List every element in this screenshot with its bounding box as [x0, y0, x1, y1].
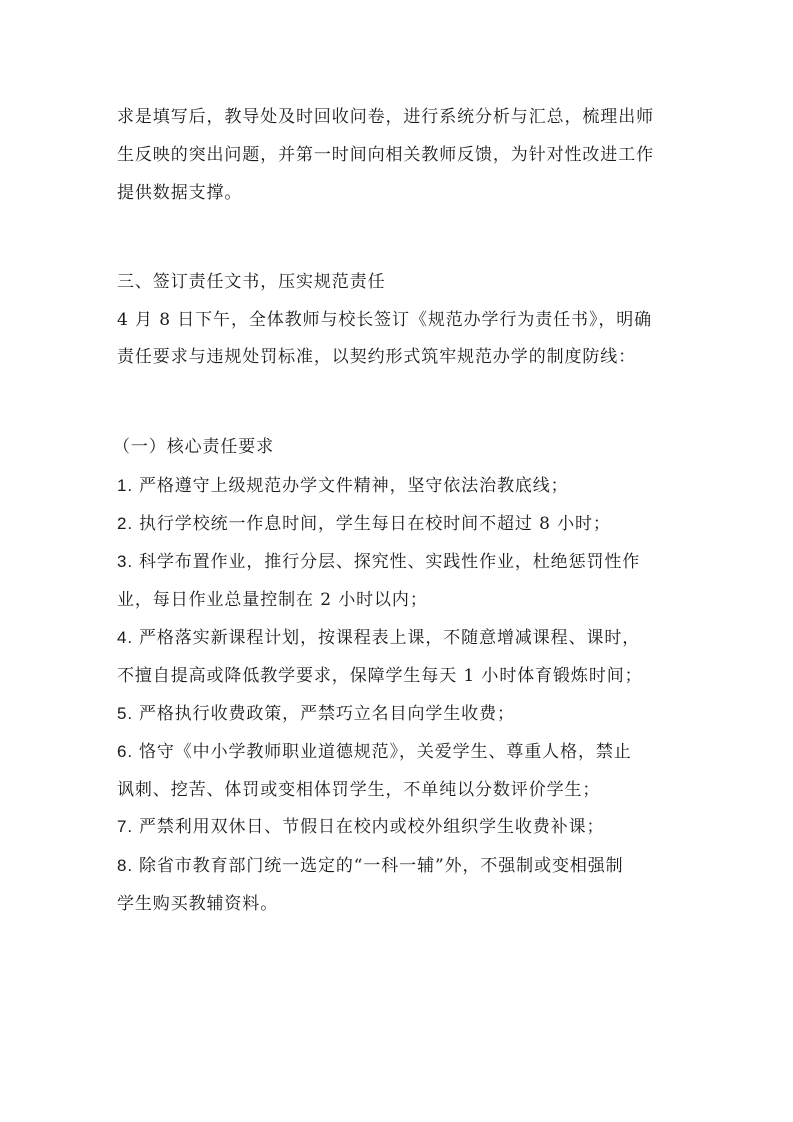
list-item-8: 8.除省市教育部门统一选定的“一科一辅”外，不强制或变相强制 [117, 855, 677, 877]
list-item-number: 8. [117, 856, 133, 875]
section-paragraph-line-1: 4 月 8 日下午，全体教师与校长签订《规范办学行为责任书》，明确 [117, 309, 677, 331]
intro-line-1: 求是填写后，教导处及时回收问卷，进行系统分析与汇总，梳理出师 [117, 106, 677, 128]
list-item-number: 3. [117, 552, 133, 571]
list-item-4: 4.严格落实新课程计划，按课程表上课，不随意增减课程、课时， [117, 627, 677, 649]
list-item-text: 严格落实新课程计划，按课程表上课，不随意增减课程、课时， [139, 628, 640, 648]
list-item-6-continuation: 讽刺、挖苦、体罚或变相体罚学生，不单纯以分数评价学生； [117, 779, 677, 801]
list-item-8-continuation: 学生购买教辅资料。 [117, 893, 677, 915]
list-item-text: 严格执行收费政策，严禁巧立名目向学生收费； [139, 704, 515, 724]
list-item-3-continuation: 业，每日作业总量控制在 2 小时以内； [117, 589, 677, 611]
list-item-text: 除省市教育部门统一选定的“一科一辅”外，不强制或变相强制 [139, 856, 624, 876]
list-item-number: 4. [117, 628, 133, 647]
document-page: 求是填写后，教导处及时回收问卷，进行系统分析与汇总，梳理出师 生反映的突出问题，… [0, 0, 793, 1122]
list-item-4-continuation: 不擅自提高或降低教学要求，保障学生每天 1 小时体育锻炼时间； [117, 665, 677, 687]
section-heading: 三、签订责任文书，压实规范责任 [117, 271, 677, 293]
list-item-7: 7.严禁利用双休日、节假日在校内或校外组织学生收费补课； [117, 816, 677, 838]
intro-line-2: 生反映的突出问题，并第一时间向相关教师反馈，为针对性改进工作 [117, 144, 677, 166]
list-item-number: 5. [117, 704, 133, 723]
subsection-heading: （一）核心责任要求 [113, 436, 673, 458]
list-item-6: 6.恪守《中小学教师职业道德规范》，关爱学生、尊重人格，禁止 [117, 741, 677, 763]
list-item-3: 3.科学布置作业，推行分层、探究性、实践性作业，杜绝惩罚性作 [117, 551, 677, 573]
list-item-number: 6. [117, 742, 133, 761]
intro-line-3: 提供数据支撑。 [117, 182, 677, 204]
section-paragraph-line-2: 责任要求与违规处罚标准，以契约形式筑牢规范办学的制度防线： [117, 346, 677, 368]
list-item-number: 7. [117, 817, 133, 836]
list-item-text: 科学布置作业，推行分层、探究性、实践性作业，杜绝惩罚性作 [139, 552, 640, 572]
list-item-2: 2.执行学校统一作息时间，学生每日在校时间不超过 8 小时； [117, 513, 677, 535]
list-item-number: 1. [117, 476, 133, 495]
list-item-text: 执行学校统一作息时间，学生每日在校时间不超过 8 小时； [139, 514, 611, 534]
list-item-1: 1.严格遵守上级规范办学文件精神，坚守依法治教底线； [117, 475, 677, 497]
list-item-text: 严格遵守上级规范办学文件精神，坚守依法治教底线； [139, 476, 569, 496]
list-item-number: 2. [117, 514, 133, 533]
list-item-text: 严禁利用双休日、节假日在校内或校外组织学生收费补课； [139, 817, 604, 837]
list-item-text: 恪守《中小学教师职业道德规范》，关爱学生、尊重人格，禁止 [139, 742, 632, 762]
list-item-5: 5.严格执行收费政策，严禁巧立名目向学生收费； [117, 703, 677, 725]
